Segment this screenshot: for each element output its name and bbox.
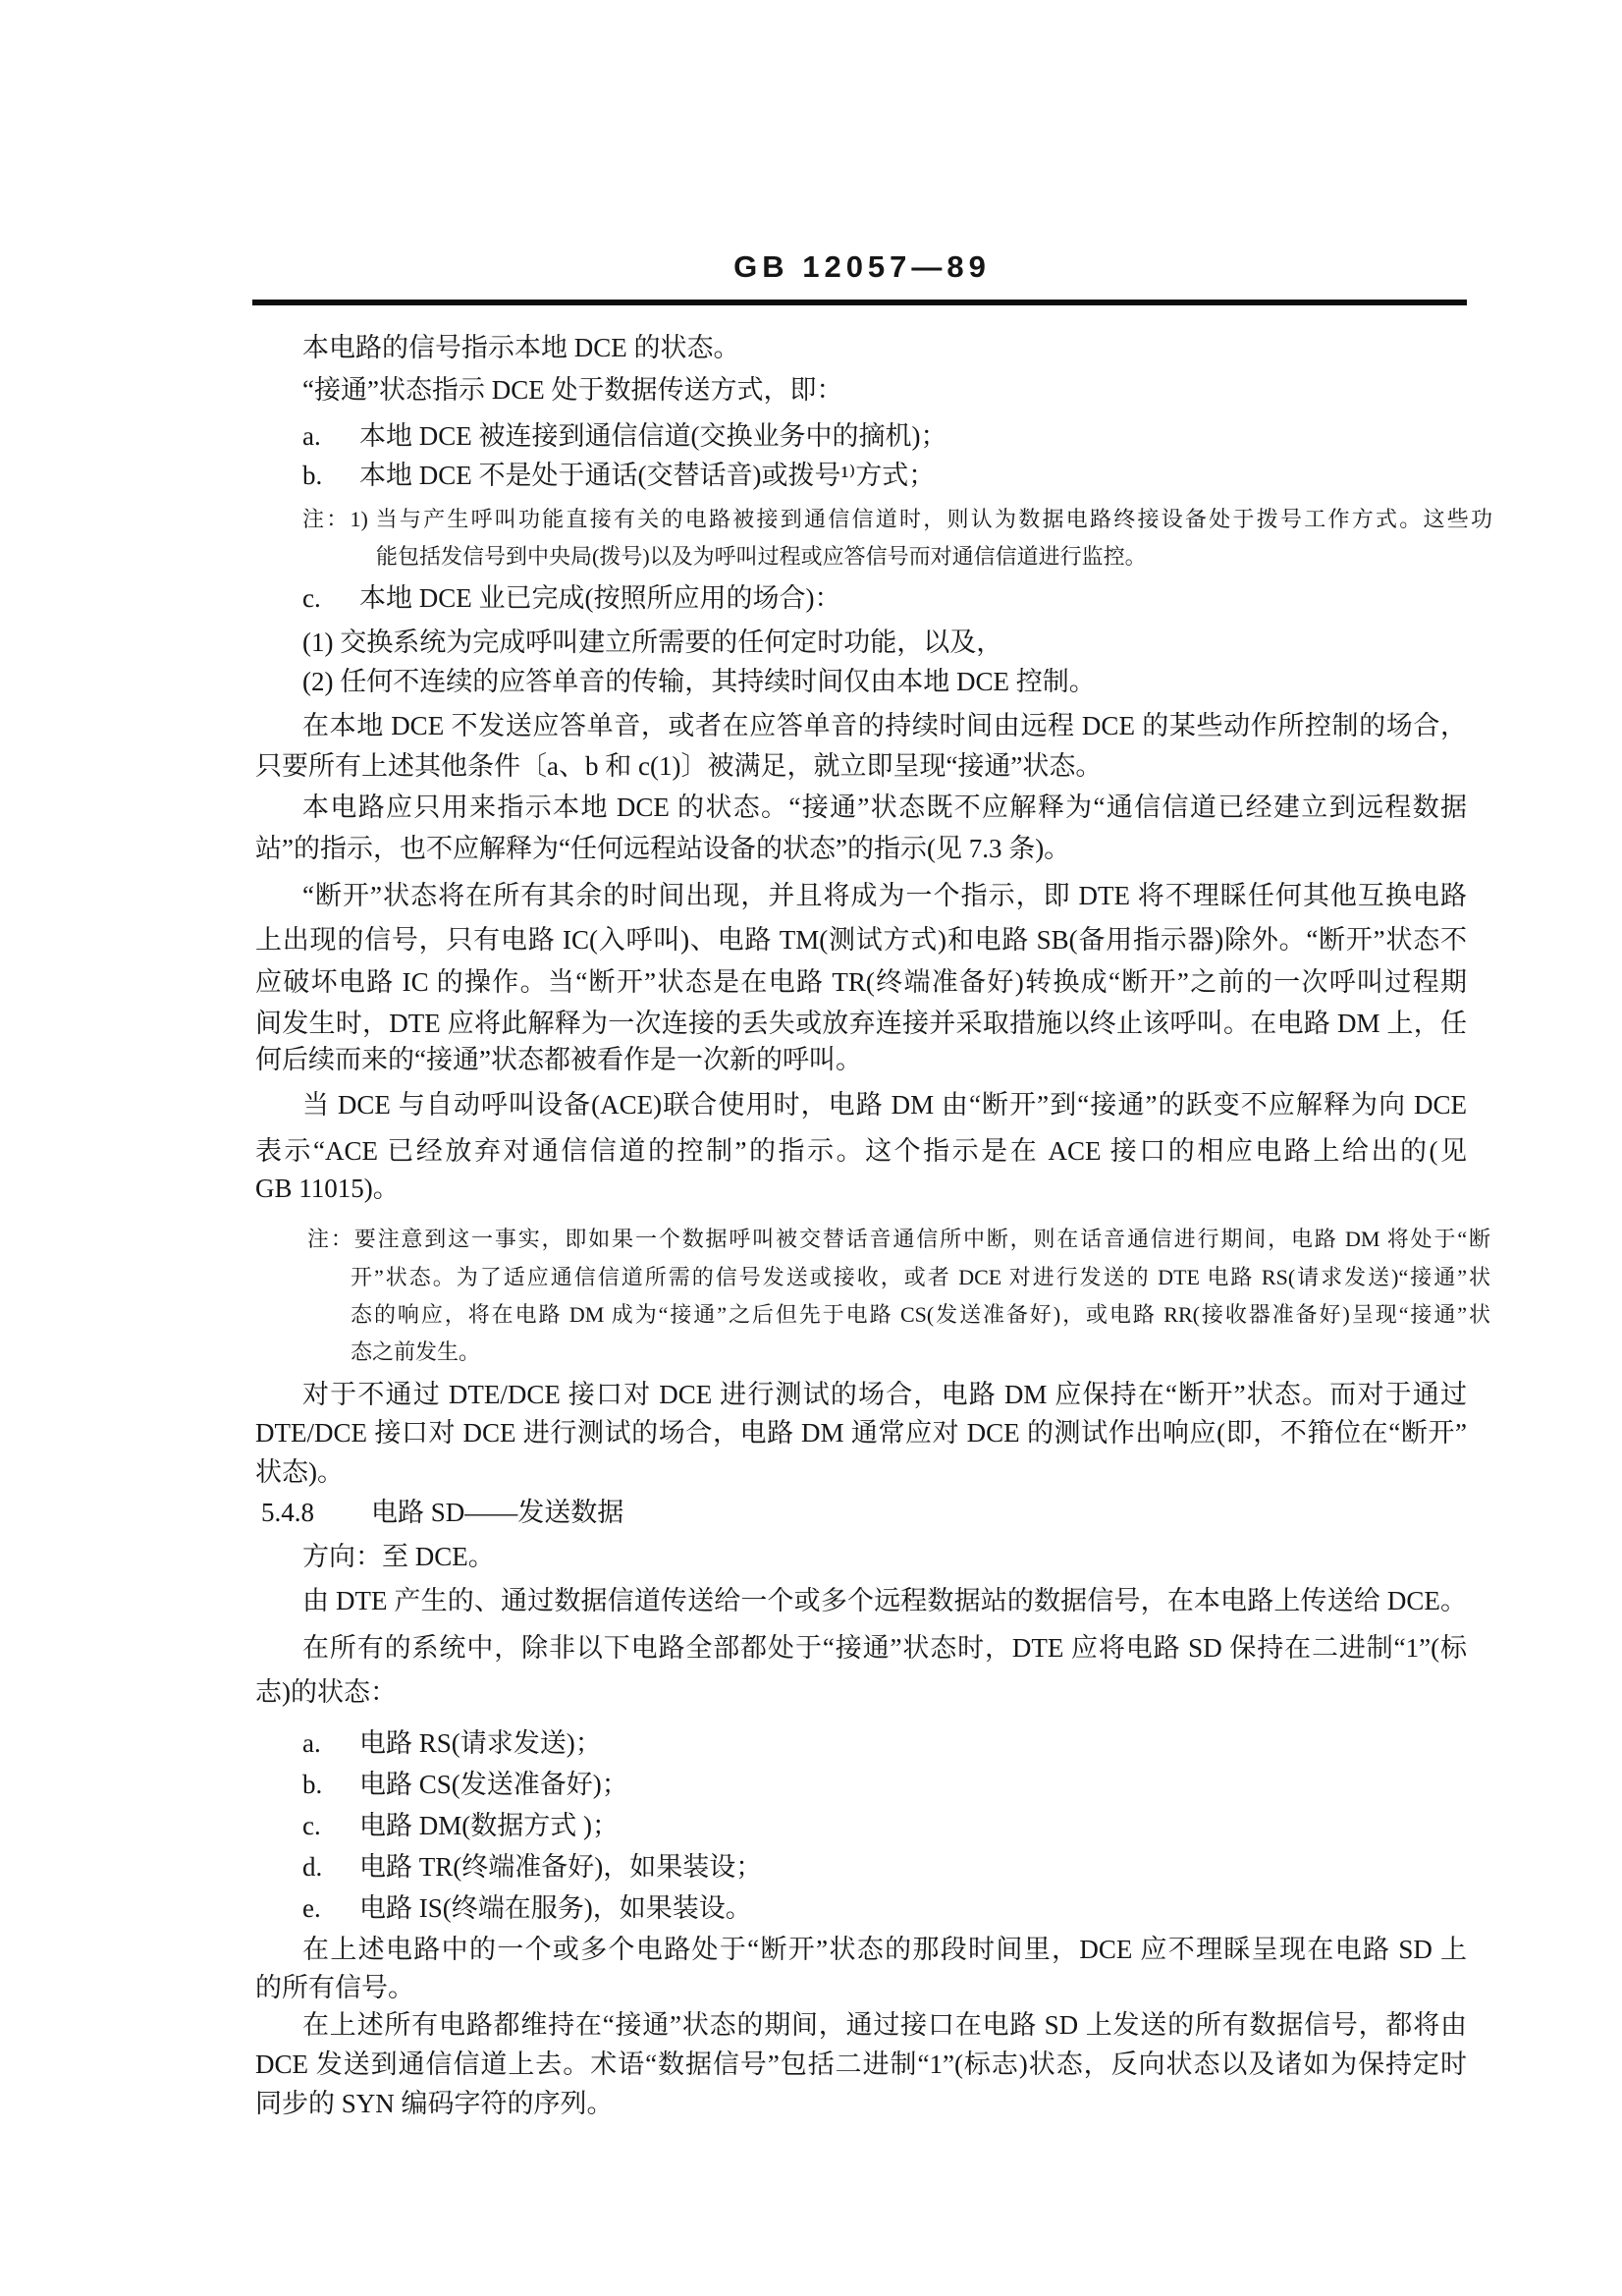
line-text: 本地 DCE 被连接到通信信道(交换业务中的摘机)； [359,421,946,451]
line-text: 注：要注意到这一事实，即如果一个数据呼叫被交替话音通信所中断，则在话音通信进行期… [307,1227,1490,1251]
line-text: 态的响应，将在电路 DM 成为“接通”之后但先于电路 CS(发送准备好)，或电路… [351,1302,1490,1327]
text-line: 同步的 SYN 编码字符的序列。 [255,2081,1467,2126]
line-text: 电路 TR(终端准备好)，如果装设； [359,1852,762,1882]
text-line: 上出现的信号，只有电路 IC(入呼叫)、电路 TM(测试方式)和电路 SB(备用… [255,917,1467,962]
line-text: “断开”状态将在所有其余的时间出现，并且将成为一个指示，即 DTE 将不理睬任何… [302,881,1467,910]
line-text: 注：1) 当与产生呼叫功能直接有关的电路被接到通信信道时，则认为数据电路终接设备… [302,507,1492,531]
line-text: 本电路应只用来指示本地 DCE 的状态。“接通”状态既不应解释为“通信信道已经建… [302,793,1467,822]
line-text: 本地 DCE 业已完成(按照所应用的场合)： [359,583,840,613]
line-text: 上出现的信号，只有电路 IC(入呼叫)、电路 TM(测试方式)和电路 SB(备用… [255,925,1467,955]
line-text: 只要所有上述其他条件〔a、b 和 c(1)〕被满足，就立即呈现“接通”状态。 [255,751,1102,781]
text-line: c.本地 DCE 业已完成(按照所应用的场合)： [302,575,1467,621]
text-line: “接通”状态指示 DCE 处于数据传送方式，即： [302,367,1467,412]
text-line: GB 11015)。 [255,1166,1467,1211]
line-text: 电路 RS(请求发送)； [359,1728,602,1758]
text-line: 应破坏电路 IC 的操作。当“断开”状态是在电路 TR(终端准备好)转换成“断开… [255,959,1467,1005]
line-text: 站”的指示，也不应解释为“任何远程站设备的状态”的指示(见 7.3 条)。 [255,834,1070,863]
line-text: 应破坏电路 IC 的操作。当“断开”状态是在电路 TR(终端准备好)转换成“断开… [255,967,1467,997]
line-text: “接通”状态指示 DCE 处于数据传送方式，即： [302,375,842,405]
list-marker: b. [302,453,359,498]
text-line: 能包括发信号到中央局(拨号)以及为呼叫过程或应答信号而对通信信道进行监控。 [376,534,1492,579]
text-line: b.本地 DCE 不是处于通话(交替话音)或拨号¹⁾方式； [302,453,1467,498]
line-text: 在所有的系统中，除非以下电路全部都处于“接通”状态时，DTE 应将电路 SD 保… [302,1633,1467,1663]
list-marker: b. [302,1762,359,1807]
text-line: 态之前发生。 [351,1330,1490,1375]
line-text: 本电路的信号指示本地 DCE 的状态。 [302,333,740,362]
text-line: 当 DCE 与自动呼叫设备(ACE)联合使用时，电路 DM 由“断开”到“接通”… [302,1082,1467,1127]
text-line: 何后续而来的“接通”状态都被看作是一次新的呼叫。 [255,1037,1467,1082]
line-text: GB 11015)。 [255,1174,400,1203]
text-line: 在所有的系统中，除非以下电路全部都处于“接通”状态时，DTE 应将电路 SD 保… [302,1625,1467,1670]
list-marker: d. [302,1844,359,1889]
line-text: 电路 IS(终端在服务)，如果装设。 [359,1893,752,1923]
line-text: 在上述所有电路都维持在“接通”状态的期间，通过接口在电路 SD 上发送的所有数据… [302,2010,1467,2040]
list-marker: a. [302,1721,359,1766]
text-line: b.电路 CS(发送准备好)； [302,1762,1467,1807]
line-text: 方向：至 DCE。 [302,1542,495,1571]
line-text: 何后续而来的“接通”状态都被看作是一次新的呼叫。 [255,1045,862,1074]
text-line: d.电路 TR(终端准备好)，如果装设； [302,1844,1467,1889]
line-text: DTE/DCE 接口对 DCE 进行测试的场合，电路 DM 通常应对 DCE 的… [255,1418,1467,1448]
line-text: 的所有信号。 [255,1973,414,2002]
line-text: 表示“ACE 已经放弃对通信信道的控制”的指示。这个指示是在 ACE 接口的相应… [255,1136,1467,1166]
text-line: 站”的指示，也不应解释为“任何远程站设备的状态”的指示(见 7.3 条)。 [255,826,1467,871]
text-line: 5.4.8电路 SD——发送数据 [261,1490,1467,1535]
list-marker: e. [302,1886,359,1931]
text-line: 由 DTE 产生的、通过数据信道传送给一个或多个远程数据站的数据信号，在本电路上… [302,1578,1467,1623]
document-page: GB 12057—89 本电路的信号指示本地 DCE 的状态。“接通”状态指示 … [0,0,1622,2296]
line-text: DCE 发送到通信信道上去。术语“数据信号”包括二进制“1”(标志)状态，反向状… [255,2050,1467,2079]
line-text: 在本地 DCE 不发送应答单音，或者在应答单音的持续时间由远程 DCE 的某些动… [302,711,1467,740]
line-text: 电路 CS(发送准备好)； [359,1770,628,1799]
line-text: (1) 交换系统为完成呼叫建立所需要的任何定时功能，以及， [302,628,1002,657]
line-text: 由 DTE 产生的、通过数据信道传送给一个或多个远程数据站的数据信号，在本电路上… [302,1586,1467,1615]
line-text: 同步的 SYN 编码字符的序列。 [255,2089,614,2118]
line-text: 能包括发信号到中央局(拨号)以及为呼叫过程或应答信号而对通信信道进行监控。 [376,544,1147,569]
text-line: 只要所有上述其他条件〔a、b 和 c(1)〕被满足，就立即呈现“接通”状态。 [255,743,1467,789]
line-text: 状态)。 [255,1457,344,1487]
line-text: 间发生时，DTE 应将此解释为一次连接的丢失或放弃连接并采取措施以终止该呼叫。在… [255,1009,1467,1038]
line-text: 志)的状态： [255,1677,397,1707]
section-number: 5.4.8 [261,1490,371,1535]
line-text: 电路 DM(数据方式 )； [359,1811,619,1840]
text-line: 在本地 DCE 不发送应答单音，或者在应答单音的持续时间由远程 DCE 的某些动… [302,703,1467,748]
text-line: a.电路 RS(请求发送)； [302,1721,1467,1766]
line-text: 当 DCE 与自动呼叫设备(ACE)联合使用时，电路 DM 由“断开”到“接通”… [302,1090,1467,1120]
line-text: 在上述电路中的一个或多个电路处于“断开”状态的那段时间里，DCE 应不理睬呈现在… [302,1935,1467,1964]
line-text: 对于不通过 DTE/DCE 接口对 DCE 进行测试的场合，电路 DM 应保持在… [302,1380,1467,1409]
line-text: 电路 SD——发送数据 [371,1498,623,1527]
list-marker: c. [302,575,359,621]
text-line: 本电路应只用来指示本地 DCE 的状态。“接通”状态既不应解释为“通信信道已经建… [302,785,1467,830]
line-text: 开”状态。为了适应通信信道所需的信号发送或接收，或者 DCE 对进行发送的 DT… [351,1265,1490,1289]
text-line: 本电路的信号指示本地 DCE 的状态。 [302,325,1467,370]
text-line: 状态)。 [255,1449,1467,1495]
text-line: c.电路 DM(数据方式 )； [302,1803,1467,1848]
list-marker: c. [302,1803,359,1848]
text-line: 方向：至 DCE。 [302,1534,1467,1579]
text-line: “断开”状态将在所有其余的时间出现，并且将成为一个指示，即 DTE 将不理睬任何… [302,873,1467,918]
line-text: 本地 DCE 不是处于通话(交替话音)或拨号¹⁾方式； [359,461,935,490]
body-text-block: 本电路的信号指示本地 DCE 的状态。“接通”状态指示 DCE 处于数据传送方式… [255,0,1469,2296]
line-text: (2) 任何不连续的应答单音的传输，其持续时间仅由本地 DCE 控制。 [302,667,1096,696]
text-line: (2) 任何不连续的应答单音的传输，其持续时间仅由本地 DCE 控制。 [302,659,1467,704]
text-line: e.电路 IS(终端在服务)，如果装设。 [302,1886,1467,1931]
line-text: 态之前发生。 [351,1339,480,1364]
text-line: 志)的状态： [255,1669,1467,1715]
